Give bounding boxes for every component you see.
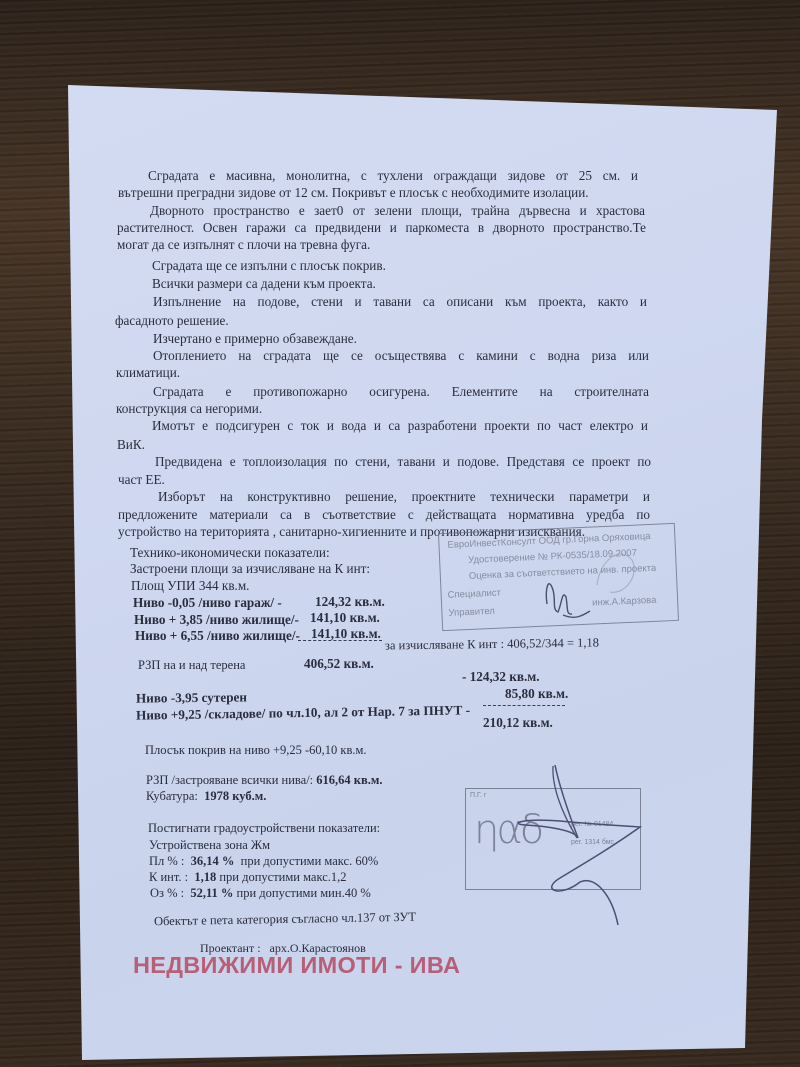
stamp-line: рег. 1314 бмс <box>571 839 614 846</box>
stamp-line: Специалист <box>447 588 501 601</box>
urban-row-note: при допустими макс.1,2 <box>219 870 346 884</box>
urban-row: К инт. : 1,18 при допустими макс.1,2 <box>149 870 347 885</box>
urban-row-note: при допустими мин.40 % <box>237 886 371 900</box>
indicators-subheading: Застроени площи за изчисляване на К инт: <box>130 561 370 577</box>
agency-watermark: НЕДВИЖИМИ ИМОТИ - ИВА <box>133 952 460 979</box>
paragraph-line: конструкция са негорими. <box>116 401 262 417</box>
paragraph-line: климатици. <box>116 365 180 381</box>
plot-area: Площ УПИ 344 кв.м. <box>131 578 249 594</box>
paragraph-line: Дворното пространство е зает0 от зелени … <box>150 203 645 219</box>
paragraph-line: могат да се изпълнят с плочи на тревна ф… <box>117 237 370 253</box>
paragraph-line: Сградата ще се изпълни с плосък покрив. <box>152 258 386 274</box>
stamp-line: Оценка за съответствието на инв. проекта <box>469 563 657 582</box>
rzp-all-value: 616,64 кв.м. <box>316 773 382 787</box>
urban-row-label: Оз % : <box>150 886 184 900</box>
designer-stamp: П.Г. г ηαδ рег. № 01484 рег. 1314 бмс <box>465 788 641 890</box>
urban-row-label: К инт. : <box>149 870 188 884</box>
basement-label: Ниво -3,95 сутерен <box>136 689 247 706</box>
paragraph-line: растителност. Освен гаражи са предвидени… <box>117 220 646 236</box>
paragraph-line: част ЕЕ. <box>118 472 165 488</box>
volume-value: 1978 куб.м. <box>204 789 266 803</box>
document-text: Сградата е масивна, монолитна, с тухлени… <box>0 0 800 1067</box>
urban-row-note: при допустими макс. 60% <box>241 854 379 868</box>
urban-row-value: 1,18 <box>194 870 216 884</box>
rzp-total: 406,52 кв.м. <box>304 656 374 672</box>
stamp-line: инж.А.Карзова <box>592 595 657 609</box>
paragraph-line: ВиК. <box>117 437 145 453</box>
certification-stamp: ЕвроИнвестКонсулт ООД гр.Горна Оряховица… <box>438 523 679 631</box>
paragraph-line: Изборът на конструктивно решение, проект… <box>158 489 650 505</box>
paragraph-line: Сградата е масивна, монолитна, с тухлени… <box>148 168 638 184</box>
stamp-line: П.Г. г <box>470 792 486 799</box>
category-note: Обектът е пета категория съгласно чл.137… <box>154 910 416 930</box>
basement-value: - 124,32 кв.м. <box>462 669 540 685</box>
urban-row-value: 36,14 % <box>191 854 235 868</box>
urban-heading: Постигнати градоустройствени показатели: <box>148 821 380 836</box>
paragraph-line: предложените материали са в съответствие… <box>118 507 650 523</box>
rzp-all-label: РЗП /застрояване всички нива/: <box>146 773 313 787</box>
paragraph-line: Изчертано е примерно обзавеждане. <box>153 331 357 347</box>
volume: Кубатура: 1978 куб.м. <box>146 789 266 804</box>
rzp-label: РЗП на и над терена <box>138 658 245 673</box>
paragraph-line: вътрешни преградни зидове от 12 см. Покр… <box>118 185 589 201</box>
level-label: Ниво + 3,85 /ниво жилище/- <box>134 612 299 628</box>
stamp-line: Управител <box>448 606 495 619</box>
paragraph-line: фасадното решение. <box>115 313 229 329</box>
designer-logo: ηαδ <box>474 807 541 853</box>
sum-rule <box>298 640 382 641</box>
indicators-heading: Технико-икономически показатели: <box>130 545 330 561</box>
paragraph-line: Всички размери са дадени към проекта. <box>152 276 376 292</box>
paragraph-line: Имотът е подсигурен с ток и вода и са ра… <box>152 418 648 434</box>
paragraph-line: Предвидена е топлоизолация по стени, тав… <box>155 454 651 470</box>
flat-roof: Плосък покрив на ниво +9,25 -60,10 кв.м. <box>145 743 367 758</box>
stamp-line: рег. № 01484 <box>571 821 613 828</box>
urban-row: Оз % : 52,11 % при допустими мин.40 % <box>150 886 371 901</box>
urban-row-value: 52,11 % <box>190 886 233 900</box>
paragraph-line: Изпълнение на подове, стени и тавани са … <box>153 294 647 310</box>
level-label: Ниво -0,05 /ниво гараж/ - <box>133 595 282 611</box>
paragraph-line: Отоплението на сградата ще се осъществяв… <box>153 348 649 364</box>
subtotal: 210,12 кв.м. <box>483 715 553 731</box>
urban-zone: Устройствена зона Жм <box>149 838 270 853</box>
stamp-line: Удостоверение № РК-0535/18.09.2007 <box>468 548 637 566</box>
sum-rule <box>483 705 565 706</box>
rzp-all: РЗП /застрояване всички нива/: 616,64 кв… <box>146 773 383 788</box>
urban-row: Пл % : 36,14 % при допустими макс. 60% <box>149 854 378 869</box>
volume-label: Кубатура: <box>146 789 198 803</box>
level-label: Ниво + 6,55 /ниво жилище/- <box>135 628 300 644</box>
level-value: 141,10 кв.м. <box>310 610 380 626</box>
urban-row-label: Пл % : <box>149 854 184 868</box>
storage-value: 85,80 кв.м. <box>505 686 568 702</box>
level-value: 124,32 кв.м. <box>315 594 385 610</box>
kint-calculation: за изчисляване К инт : 406,52/344 = 1,18 <box>385 636 599 654</box>
paragraph-line: Сградата е противопожарно осигурена. Еле… <box>153 384 649 400</box>
